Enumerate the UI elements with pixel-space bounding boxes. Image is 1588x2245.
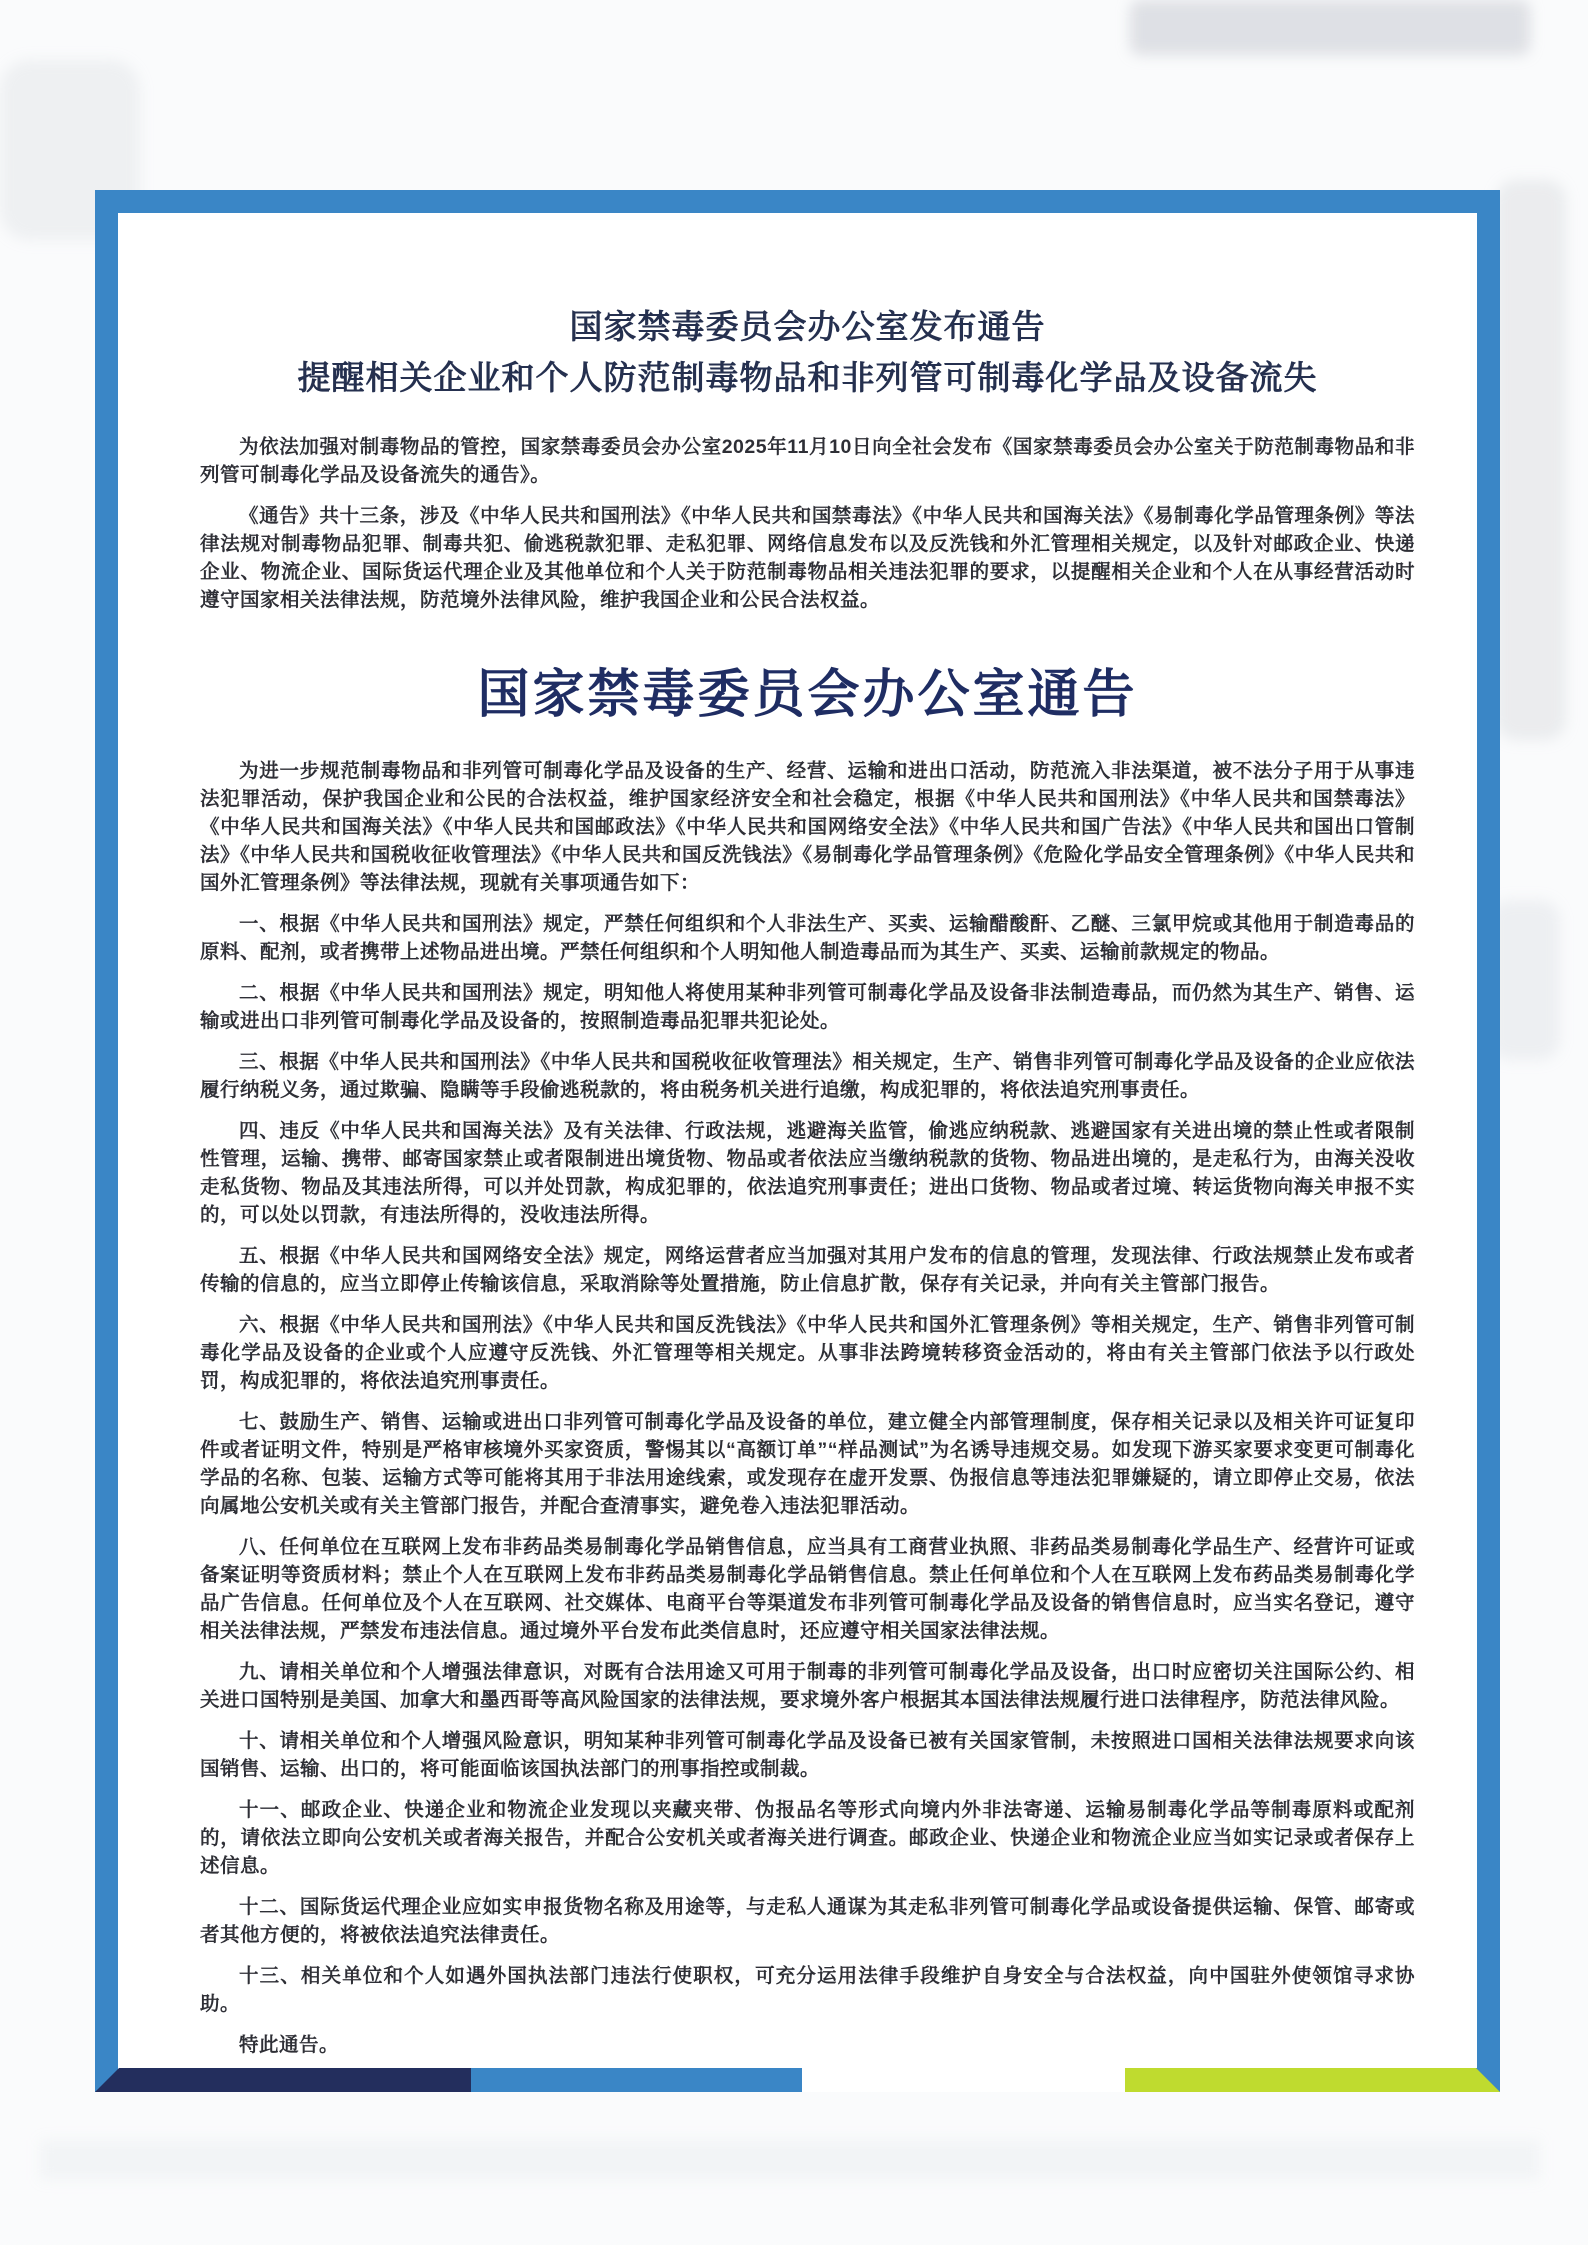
scan-smudge <box>1130 0 1530 55</box>
notice-paragraph-item-6: 六、根据《中华人民共和国刑法》《中华人民共和国反洗钱法》《中华人民共和国外汇管理… <box>200 1311 1415 1395</box>
scan-smudge <box>40 2140 1540 2180</box>
scanned-notice-page: 国家禁毒委员会办公室发布通告 提醒相关企业和个人防范制毒物品和非列管可制毒化学品… <box>0 0 1588 2245</box>
bottom-border-lime-segment <box>1125 2068 1500 2092</box>
notice-paragraph-item-3: 三、根据《中华人民共和国刑法》《中华人民共和国税收征收管理法》相关规定，生产、销… <box>200 1048 1415 1104</box>
notice-paragraph-item-9: 九、请相关单位和个人增强法律意识，对既有合法用途又可用于制毒的非列管可制毒化学品… <box>200 1658 1415 1714</box>
notice-paragraph-item-11: 十一、邮政企业、快递企业和物流企业发现以夹藏夹带、伪报品名等形式向境内外非法寄递… <box>200 1796 1415 1880</box>
notice-closing-line: 特此通告。 <box>200 2031 1415 2059</box>
scan-smudge <box>1490 900 1560 1060</box>
notice-paragraph-item-7: 七、鼓励生产、销售、运输或进出口非列管可制毒化学品及设备的单位，建立健全内部管理… <box>200 1408 1415 1520</box>
notice-paragraph-item-12: 十二、国际货运代理企业应如实申报货物名称及用途等，与走私人通谋为其走私非列管可制… <box>200 1893 1415 1949</box>
notice-frame: 国家禁毒委员会办公室发布通告 提醒相关企业和个人防范制毒物品和非列管可制毒化学品… <box>95 190 1500 2092</box>
header-title-line2: 提醒相关企业和个人防范制毒物品和非列管可制毒化学品及设备流失 <box>298 359 1318 396</box>
notice-paragraph-item-5: 五、根据《中华人民共和国网络安全法》规定，网络运营者应当加强对其用户发布的信息的… <box>200 1242 1415 1298</box>
notice-content: 国家禁毒委员会办公室发布通告 提醒相关企业和个人防范制毒物品和非列管可制毒化学品… <box>118 213 1477 2059</box>
notice-paragraph-item-4: 四、违反《中华人民共和国海关法》及有关法律、行政法规，逃避海关监管，偷逃应纳税款… <box>200 1117 1415 1229</box>
notice-paragraph-item-13: 十三、相关单位和个人如遇外国执法部门违法行使职权，可充分运用法律手段维护自身安全… <box>200 1962 1415 2018</box>
preamble-paragraph: 《通告》共十三条，涉及《中华人民共和国刑法》《中华人民共和国禁毒法》《中华人民共… <box>200 502 1415 614</box>
notice-paragraph-item-10: 十、请相关单位和个人增强风险意识，明知某种非列管可制毒化学品及设备已被有关国家管… <box>200 1727 1415 1783</box>
scan-smudge <box>1496 180 1566 740</box>
preamble-paragraph: 为依法加强对制毒物品的管控，国家禁毒委员会办公室2025年11月10日向全社会发… <box>200 433 1415 489</box>
bottom-border-gap <box>802 2068 1125 2092</box>
notice-main-title: 国家禁毒委员会办公室通告 <box>200 652 1415 727</box>
header-title-line1: 国家禁毒委员会办公室发布通告 <box>570 308 1046 345</box>
notice-paragraph-item-8: 八、任何单位在互联网上发布非药品类易制毒化学品销售信息，应当具有工商营业执照、非… <box>200 1533 1415 1645</box>
notice-paragraph-intro: 为进一步规范制毒物品和非列管可制毒化学品及设备的生产、经营、运输和进出口活动，防… <box>200 757 1415 897</box>
notice-paragraph-item-2: 二、根据《中华人民共和国刑法》规定，明知他人将使用某种非列管可制毒化学品及设备非… <box>200 979 1415 1035</box>
frame-bottom-border <box>95 2068 1500 2092</box>
notice-paragraph-item-1: 一、根据《中华人民共和国刑法》规定，严禁任何组织和个人非法生产、买卖、运输醋酸酐… <box>200 910 1415 966</box>
bottom-right-corner-miter <box>1476 2068 1500 2092</box>
announcement-header-title: 国家禁毒委员会办公室发布通告 提醒相关企业和个人防范制毒物品和非列管可制毒化学品… <box>200 301 1415 403</box>
bottom-border-blue-segment <box>471 2068 802 2092</box>
bottom-border-navy-segment <box>95 2068 471 2092</box>
